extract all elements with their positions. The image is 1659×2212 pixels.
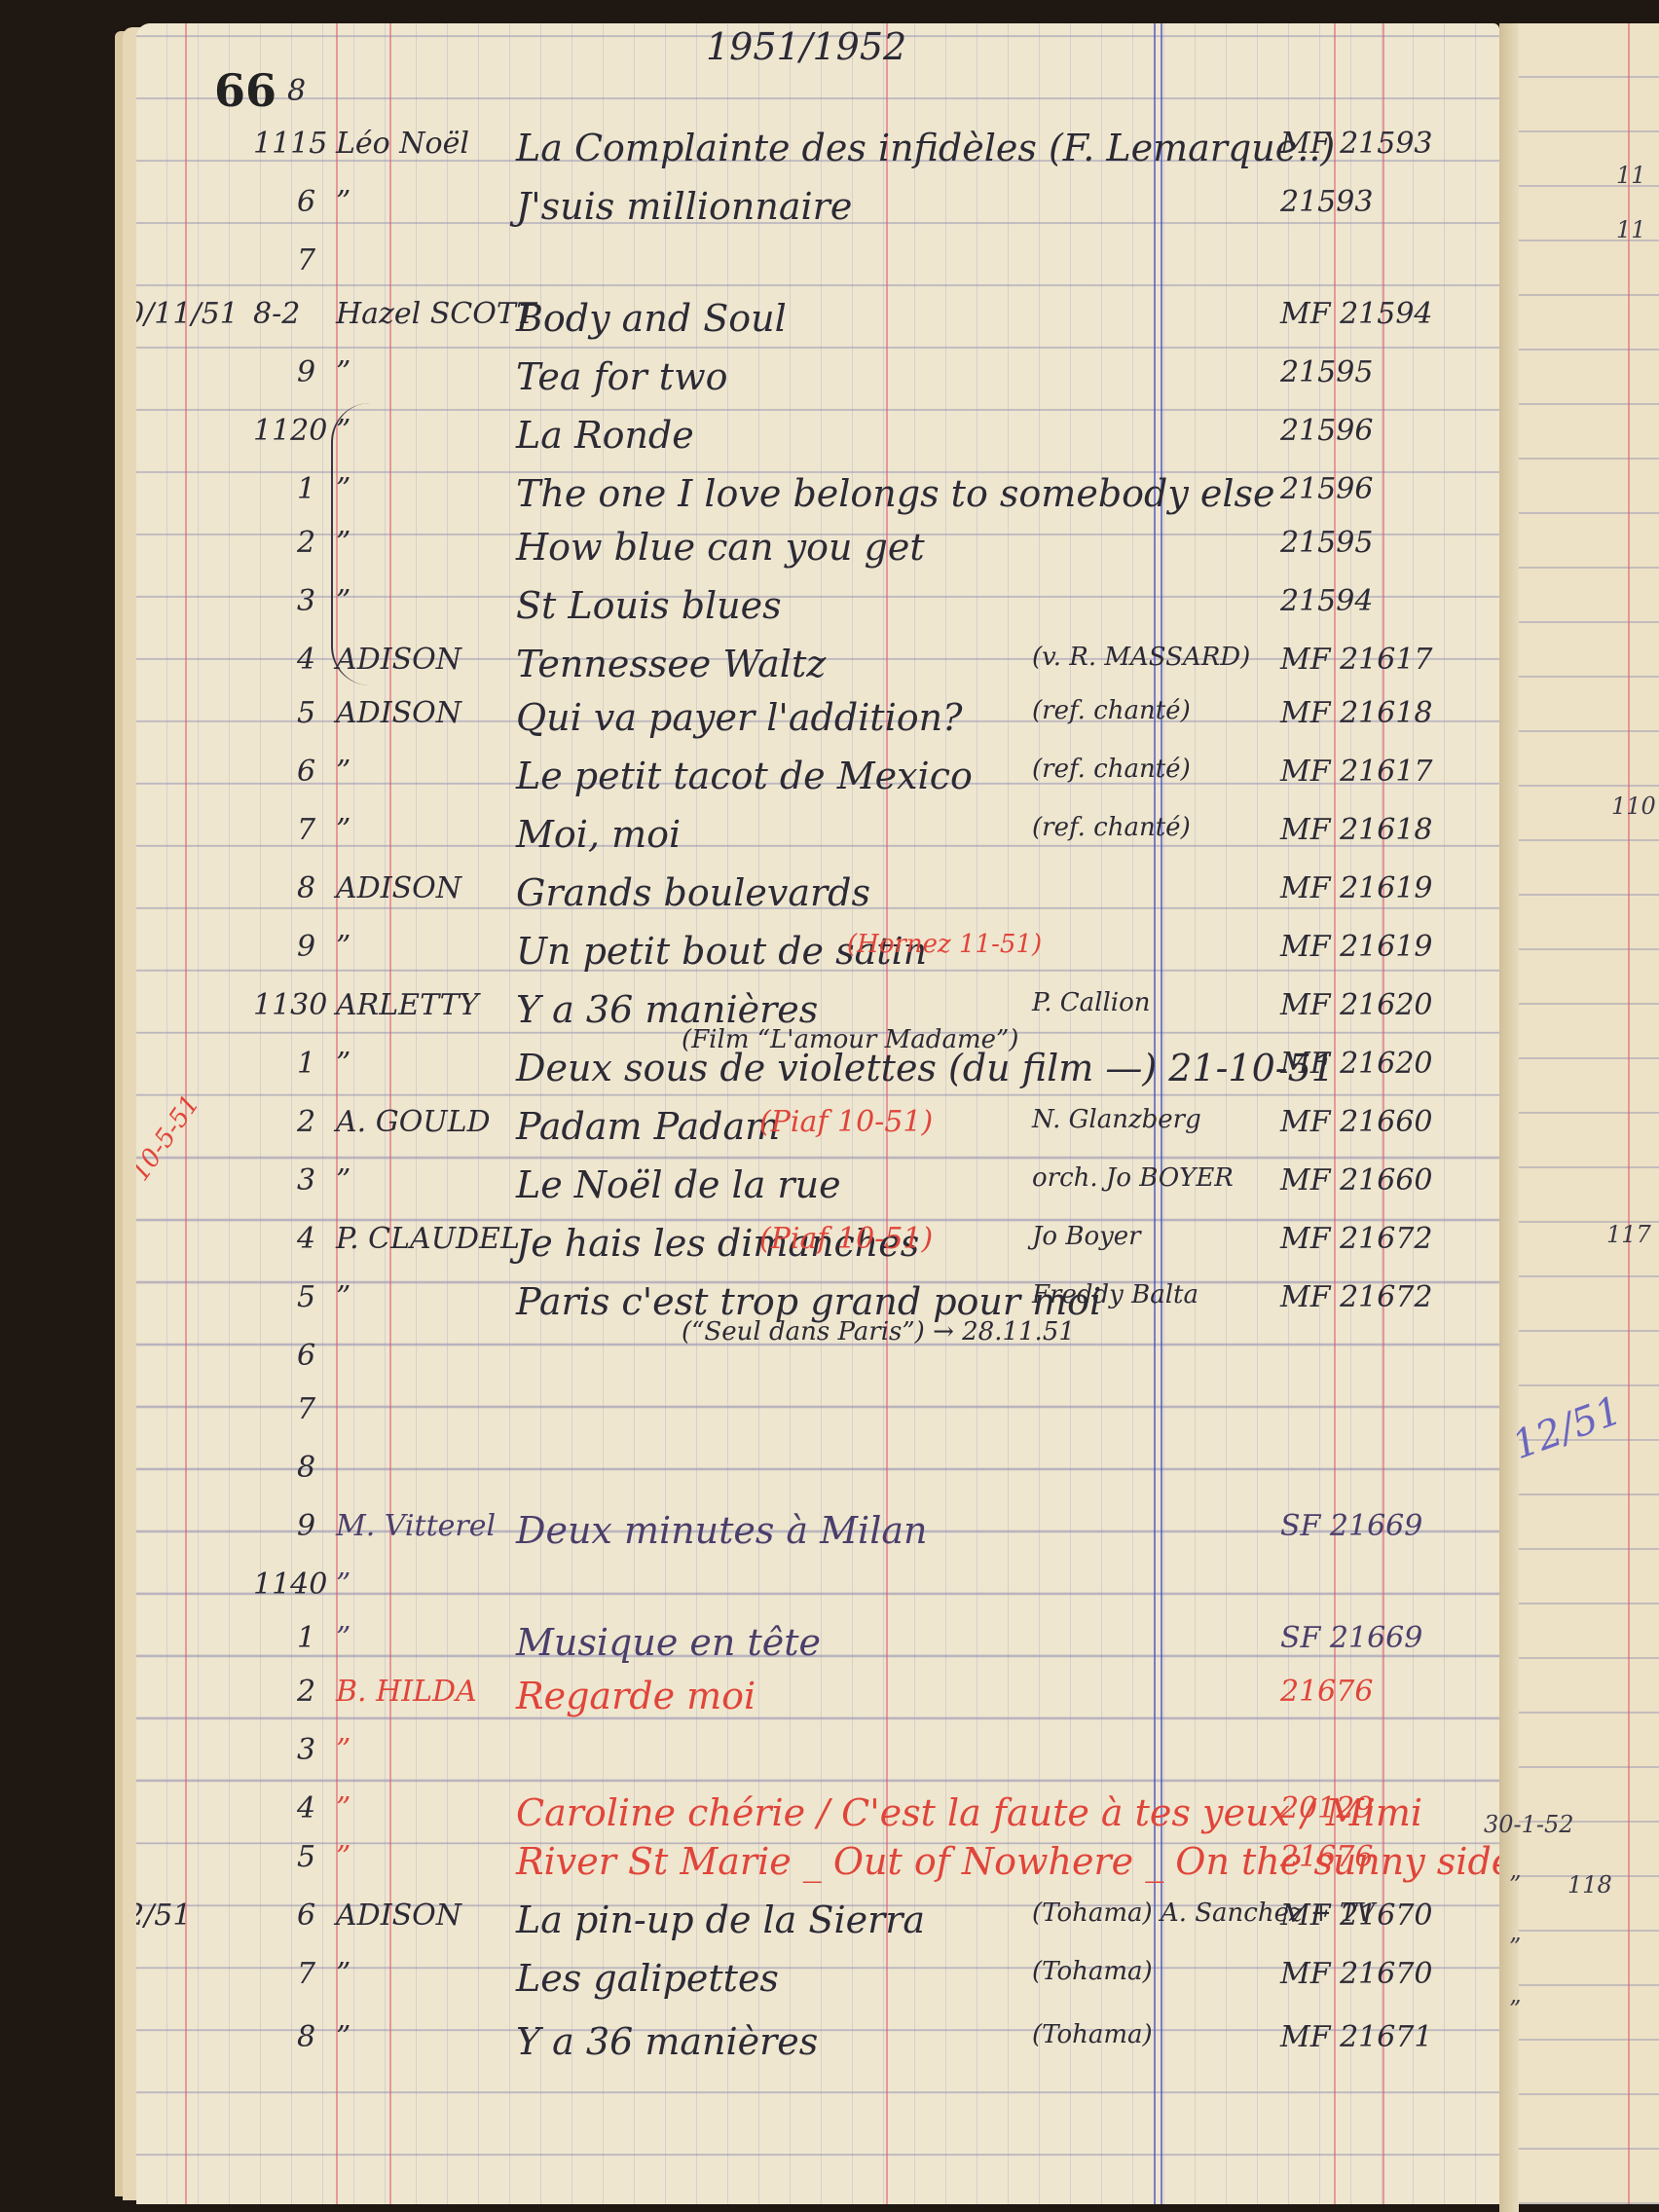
entry-title: Deux sous de violettes (du film —) 21-10… [516, 1047, 1335, 1089]
entry-artist: ” [336, 1791, 350, 1825]
entry-number: 1120 [253, 414, 327, 448]
entry-ref: MF 21617 [1280, 643, 1433, 677]
entry-number: 8 [297, 1451, 315, 1485]
entry-artist: ” [336, 1840, 350, 1874]
entry-artist: ” [336, 1047, 350, 1081]
entry-title: Tea for two [516, 355, 727, 398]
margin-note-red: 10-5-51 [136, 1089, 205, 1186]
ledger-page: 66 8 1951/1952 10-5-51 1115Léo NoëlLa Co… [136, 23, 1499, 2204]
entry-ref: MF 21619 [1280, 930, 1433, 964]
facing-number: 11 [1616, 216, 1646, 243]
entry-artist: M. Vitterel [336, 1509, 496, 1543]
facing-number: 11 [1616, 162, 1646, 189]
entry-number: 9 [297, 1509, 315, 1543]
year-header: 1951/1952 [706, 25, 906, 68]
entry-ref: 21676 [1280, 1675, 1373, 1709]
margin-rule [1628, 23, 1630, 2204]
entry-ref: MF 21671 [1280, 2020, 1433, 2054]
entry-number: 4 [297, 1222, 315, 1256]
entry-title: La Ronde [516, 414, 694, 457]
entry-ref: 21596 [1280, 414, 1373, 448]
entry-credit-red: (Piaf 10-51) [759, 1222, 933, 1256]
page-number: 66 [214, 64, 276, 117]
facing-page: 11 11 110 117 12/51 30-1-52 ” 118 ” ” [1519, 23, 1659, 2204]
entry-number: 7 [297, 243, 315, 277]
entry-title: Le Noël de la rue [516, 1163, 841, 1206]
entry-artist: ” [336, 472, 350, 506]
entry-number: 6 [297, 185, 315, 219]
entry-ref: MF 21670 [1280, 1899, 1433, 1933]
entry-artist: ADISON [336, 871, 461, 905]
entry-artist: ADISON [336, 1899, 461, 1933]
entry-ref: MF 21593 [1280, 127, 1433, 161]
entry-number: 7 [297, 813, 315, 847]
entry-credit: Freddy Balta [1032, 1280, 1198, 1309]
entry-title: Body and Soul [516, 297, 787, 340]
facing-ditto: ” [1509, 1934, 1521, 1961]
entry-ref: 21593 [1280, 185, 1373, 219]
entry-ref: 20129 [1280, 1791, 1373, 1825]
entry-number: 7 [297, 1392, 315, 1426]
entry-number: 2 [297, 526, 315, 560]
entry-ref: MF 21620 [1280, 988, 1433, 1022]
entry-title: J'suis millionnaire [516, 185, 852, 228]
entry-title: Qui va payer l'addition? [516, 696, 962, 739]
entry-artist: Léo Noël [336, 127, 469, 161]
entry-ref: MF 21660 [1280, 1105, 1433, 1139]
entry-title: Les galipettes [516, 1957, 779, 2000]
entry-title: Musique en tête [516, 1621, 821, 1664]
entry-number: 6 [297, 1899, 315, 1933]
entry-ref: SF 21669 [1280, 1621, 1422, 1655]
page-number-suffix: 8 [287, 74, 306, 108]
entry-title: Le petit tacot de Mexico [516, 755, 973, 797]
entry-number: 8 [297, 871, 315, 905]
entry-artist: ADISON [336, 696, 461, 730]
facing-number: 110 [1611, 793, 1656, 820]
entry-number: 9 [297, 930, 315, 964]
entry-number: 1140 [253, 1567, 327, 1602]
facing-date: 30-1-52 [1484, 1811, 1574, 1838]
entry-title: Moi, moi [516, 813, 681, 856]
entry-ref: MF 21594 [1280, 297, 1433, 331]
entry-title: La pin-up de la Sierra [516, 1899, 925, 1941]
entry-ref: MF 21618 [1280, 696, 1433, 730]
entry-title: Y a 36 manières [516, 2020, 818, 2063]
entry-subtitle: (“Seul dans Paris”) → 28.11.51 [682, 1317, 1075, 1346]
entry-artist: ” [336, 813, 350, 847]
entry-date: 10/11/51 [136, 297, 239, 331]
entry-artist: ” [336, 1567, 350, 1602]
entry-number: 3 [297, 1733, 315, 1767]
facing-date-blue: 12/51 [1507, 1388, 1628, 1469]
entry-number: 8-2 [253, 297, 300, 331]
facing-ditto: ” [1509, 1996, 1521, 2023]
entry-date: 12/51 [136, 1899, 191, 1933]
entry-artist: ” [336, 1957, 350, 1991]
entry-number: 6 [297, 1339, 315, 1373]
entry-credit: (ref. chanté) [1032, 813, 1191, 842]
entry-ref: MF 21619 [1280, 871, 1433, 905]
entry-artist: ” [336, 2020, 350, 2054]
entry-ref: MF 21672 [1280, 1222, 1433, 1256]
entry-ref: MF 21618 [1280, 813, 1433, 847]
entry-artist: ARLETTY [336, 988, 478, 1022]
entry-title: Grands boulevards [516, 871, 870, 914]
entry-ref: MF 21617 [1280, 755, 1433, 789]
entry-artist: ” [336, 930, 350, 964]
entry-credit: orch. Jo BOYER [1032, 1163, 1234, 1193]
entry-artist: ” [336, 1280, 350, 1314]
entry-ref: MF 21670 [1280, 1957, 1433, 1991]
entry-artist: ” [336, 584, 350, 618]
entry-artist: P. CLAUDEL [336, 1222, 520, 1256]
facing-number: 117 [1606, 1221, 1651, 1248]
entry-title: Deux minutes à Milan [516, 1509, 928, 1552]
entry-title: Padam Padam [516, 1105, 780, 1148]
entry-credit: (Hornez 11-51) [847, 930, 1042, 959]
entry-ref: 21596 [1280, 472, 1373, 506]
entry-number: 1115 [253, 127, 327, 161]
entry-credit: Jo Boyer [1032, 1222, 1141, 1251]
entry-credit: (Tohama) [1032, 1957, 1153, 1986]
entry-number: 4 [297, 643, 315, 677]
entry-number: 2 [297, 1675, 315, 1709]
entry-credit: P. Callion [1032, 988, 1151, 1017]
entry-credit: (ref. chanté) [1032, 755, 1191, 784]
entry-artist: ” [336, 355, 350, 389]
entry-artist: ” [336, 1621, 350, 1655]
entry-number: 1 [297, 1047, 315, 1081]
entry-number: 7 [297, 1957, 315, 1991]
entry-number: 6 [297, 755, 315, 789]
entry-ref: SF 21669 [1280, 1509, 1422, 1543]
entry-artist: ” [336, 526, 350, 560]
facing-number: 118 [1567, 1871, 1612, 1899]
entry-title: La Complainte des infidèles (F. Lemarque… [516, 127, 1335, 169]
entry-artist: ” [336, 755, 350, 789]
entry-artist: ” [336, 1733, 350, 1767]
facing-ditto: ” [1509, 1871, 1521, 1899]
entry-ref: MF 21620 [1280, 1047, 1433, 1081]
entry-number: 3 [297, 1163, 315, 1198]
entry-credit: (v. R. MASSARD) [1032, 643, 1250, 672]
entry-title: Regarde moi [516, 1675, 756, 1717]
entry-artist: ” [336, 1163, 350, 1198]
entry-title: St Louis blues [516, 584, 782, 627]
entry-number: 1 [297, 472, 315, 506]
entry-artist: Hazel SCOTT [336, 297, 535, 331]
entry-ref: 21676 [1280, 1840, 1373, 1874]
entry-number: 5 [297, 1840, 315, 1874]
entry-credit: (Tohama) [1032, 2020, 1153, 2049]
entry-number: 1 [297, 1621, 315, 1655]
entry-ref: 21594 [1280, 584, 1373, 618]
entry-artist: ADISON [336, 643, 461, 677]
entry-number: 9 [297, 355, 315, 389]
entry-artist: B. HILDA [336, 1675, 477, 1709]
entry-title: How blue can you get [516, 526, 925, 569]
entry-ref: 21595 [1280, 526, 1373, 560]
entry-number: 8 [297, 2020, 315, 2054]
entry-credit: (ref. chanté) [1032, 696, 1191, 725]
entry-ref: 21595 [1280, 355, 1373, 389]
entry-title: Tennessee Waltz [516, 643, 826, 685]
entry-credit-red: (Piaf 10-51) [759, 1105, 933, 1139]
entry-number: 3 [297, 584, 315, 618]
entry-number: 1130 [253, 988, 327, 1022]
entry-ref: MF 21672 [1280, 1280, 1433, 1314]
entry-artist: A. GOULD [336, 1105, 491, 1139]
entry-artist: ” [336, 185, 350, 219]
entry-number: 5 [297, 696, 315, 730]
entry-number: 2 [297, 1105, 315, 1139]
entry-artist: ” [336, 414, 350, 448]
entry-number: 5 [297, 1280, 315, 1314]
entry-ref: MF 21660 [1280, 1163, 1433, 1198]
entry-title: The one I love belongs to somebody else [516, 472, 1275, 515]
entry-number: 4 [297, 1791, 315, 1825]
entry-credit: N. Glanzberg [1032, 1105, 1201, 1134]
